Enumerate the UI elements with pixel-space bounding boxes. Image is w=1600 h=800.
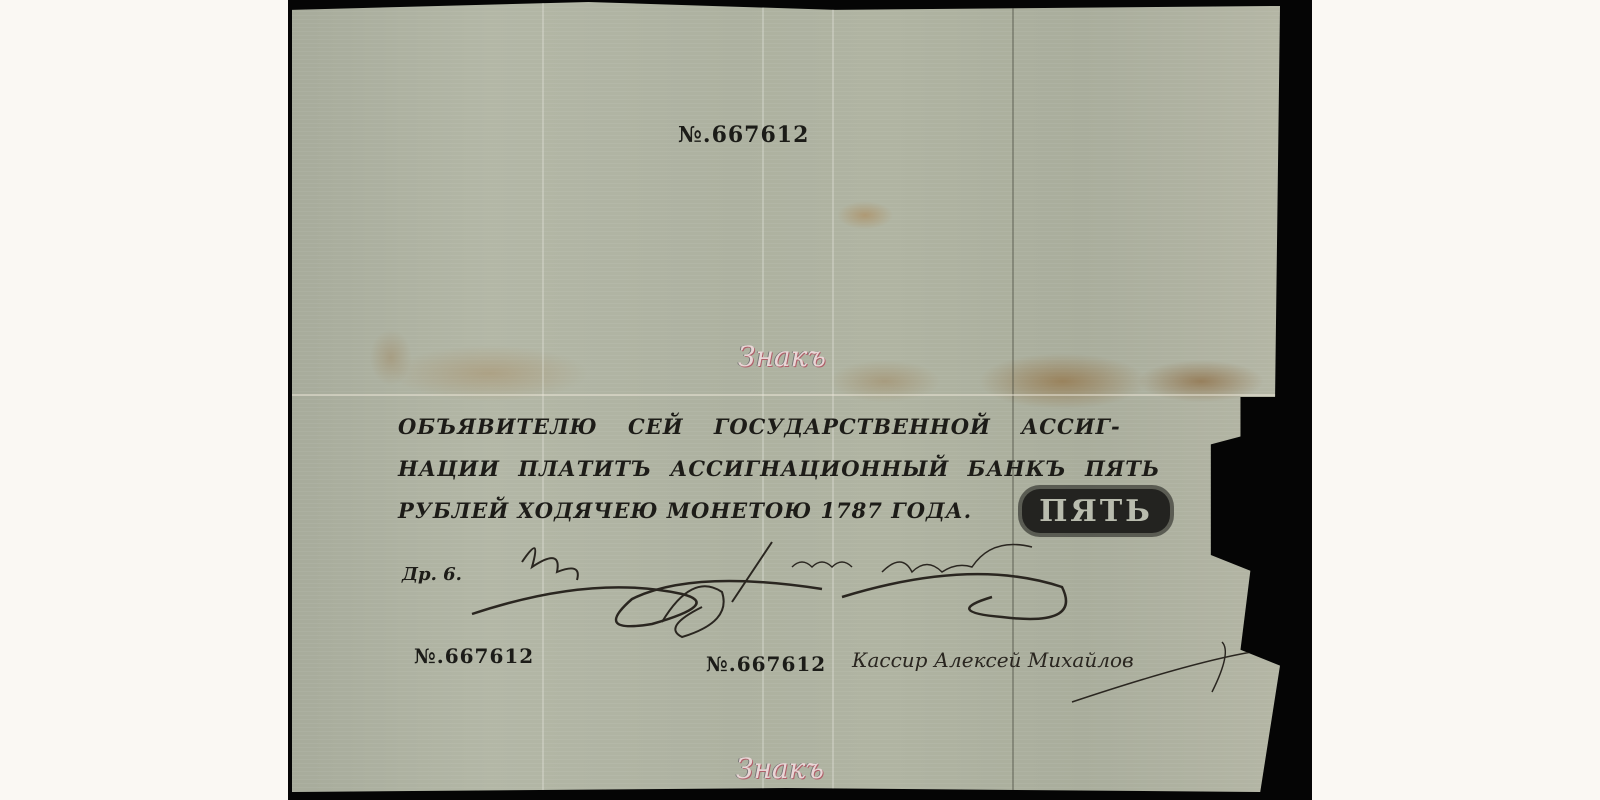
watermark-bottom: Знакъ <box>736 752 824 785</box>
serial-number-bottom-center: №.667612 <box>706 652 826 676</box>
cashier-signature: Кассир Алексей Михайлов <box>852 648 1134 672</box>
photo-frame: №.667612 ОБЪЯВИТЕЛЮ СЕЙ ГОСУДАРСТВЕННОЙ … <box>288 0 1312 800</box>
serial-number-bottom-left: №.667612 <box>414 644 534 668</box>
watermark-center: Знакъ <box>738 340 826 373</box>
banknote: №.667612 ОБЪЯВИТЕЛЮ СЕЙ ГОСУДАРСТВЕННОЙ … <box>292 2 1280 792</box>
